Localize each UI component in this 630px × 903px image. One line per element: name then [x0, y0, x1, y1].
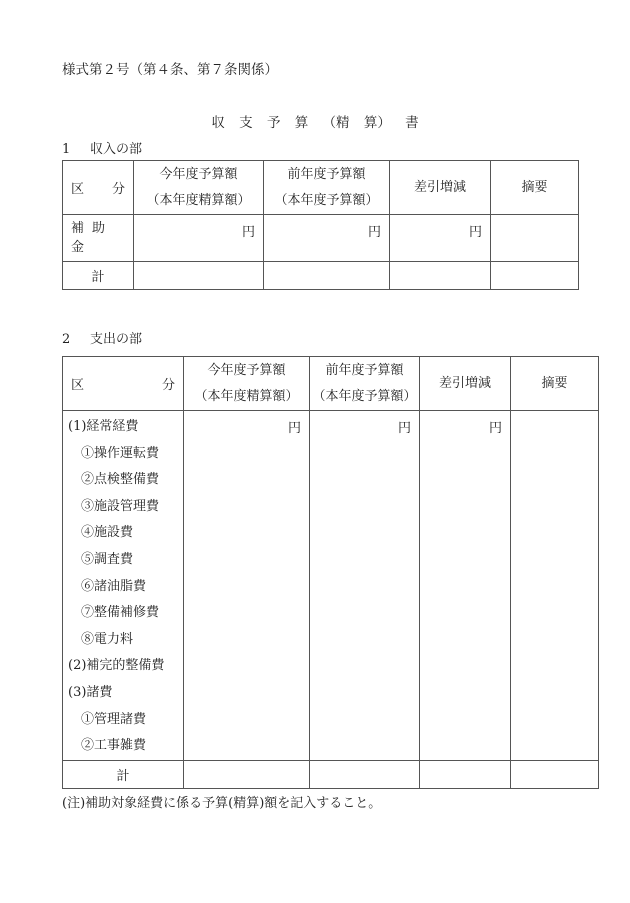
header-remarks: 摘要	[511, 357, 599, 411]
table-row: 補助金 円 円 円	[63, 215, 579, 262]
header-category: 区分	[63, 357, 184, 411]
expense-header-row: 区分 今年度予算額 （本年度精算額） 前年度予算額 （本年度予算額） 差引増減 …	[63, 357, 599, 411]
total-previous[interactable]	[264, 262, 390, 290]
cell-current-amount[interactable]: 円	[184, 411, 310, 761]
income-section-heading: 1収入の部	[62, 138, 142, 157]
footnote: (注)補助対象経費に係る予算(精算)額を記入すること。	[62, 792, 381, 811]
section-number: 1	[62, 142, 90, 157]
list-item: ④施設費	[63, 520, 183, 547]
title-char: 収	[211, 111, 225, 131]
title-char: （精	[323, 111, 350, 131]
list-item: ③施設管理費	[63, 494, 183, 521]
total-label: 計	[63, 760, 184, 788]
list-item: ⑧電力料	[63, 627, 183, 654]
header-difference: 差引増減	[390, 161, 491, 215]
list-item: (1)経常経費	[63, 414, 183, 441]
list-item: ⑥諸油脂費	[63, 574, 183, 601]
header-previous-budget: 前年度予算額 （本年度予算額）	[310, 357, 420, 411]
title-char: 書	[405, 111, 419, 131]
income-table: 区分 今年度予算額 （本年度精算額） 前年度予算額 （本年度予算額） 差引増減 …	[62, 160, 579, 290]
expense-table: 区分 今年度予算額 （本年度精算額） 前年度予算額 （本年度予算額） 差引増減 …	[62, 356, 599, 789]
header-remarks: 摘要	[491, 161, 579, 215]
list-item: ②工事雑費	[63, 733, 183, 760]
total-current[interactable]	[134, 262, 264, 290]
list-item: ②点検整備費	[63, 467, 183, 494]
title-char: 予	[267, 111, 281, 131]
document-title: 収 支 予 算 （精 算） 書	[0, 111, 630, 131]
cell-current-amount[interactable]: 円	[134, 215, 264, 262]
total-label: 計	[63, 262, 134, 290]
total-row: 計	[63, 262, 579, 290]
section-title: 支出の部	[90, 332, 142, 347]
form-number: 様式第２号（第４条、第７条関係）	[62, 58, 278, 78]
list-item: ⑤調査費	[63, 547, 183, 574]
list-item: ①管理諸費	[63, 707, 183, 734]
header-previous-budget: 前年度予算額 （本年度予算額）	[264, 161, 390, 215]
row-label-subsidy: 補助金	[63, 215, 134, 262]
header-current-budget: 今年度予算額 （本年度精算額）	[134, 161, 264, 215]
total-row: 計	[63, 760, 599, 788]
expense-item-list: (1)経常経費 ①操作運転費 ②点検整備費 ③施設管理費 ④施設費 ⑤調査費 ⑥…	[63, 411, 184, 761]
income-header-row: 区分 今年度予算額 （本年度精算額） 前年度予算額 （本年度予算額） 差引増減 …	[63, 161, 579, 215]
cell-previous-amount[interactable]: 円	[310, 411, 420, 761]
total-previous[interactable]	[310, 760, 420, 788]
list-item: ⑦整備補修費	[63, 600, 183, 627]
list-item: (3)諸費	[63, 680, 183, 707]
cell-previous-amount[interactable]: 円	[264, 215, 390, 262]
cell-difference-amount[interactable]: 円	[390, 215, 491, 262]
total-current[interactable]	[184, 760, 310, 788]
section-title: 収入の部	[90, 142, 142, 157]
total-difference[interactable]	[390, 262, 491, 290]
list-item: ①操作運転費	[63, 441, 183, 468]
header-category: 区分	[63, 161, 134, 215]
title-char: 算）	[364, 111, 391, 131]
expense-body-row: (1)経常経費 ①操作運転費 ②点検整備費 ③施設管理費 ④施設費 ⑤調査費 ⑥…	[63, 411, 599, 761]
section-number: 2	[62, 332, 90, 347]
cell-remarks[interactable]	[491, 215, 579, 262]
header-difference: 差引増減	[420, 357, 511, 411]
title-char: 支	[239, 111, 253, 131]
cell-remarks[interactable]	[511, 411, 599, 761]
total-difference[interactable]	[420, 760, 511, 788]
list-item: (2)補完的整備費	[63, 653, 183, 680]
total-remarks[interactable]	[491, 262, 579, 290]
header-current-budget: 今年度予算額 （本年度精算額）	[184, 357, 310, 411]
cell-difference-amount[interactable]: 円	[420, 411, 511, 761]
expense-section-heading: 2支出の部	[62, 328, 142, 347]
title-char: 算	[295, 111, 309, 131]
total-remarks[interactable]	[511, 760, 599, 788]
